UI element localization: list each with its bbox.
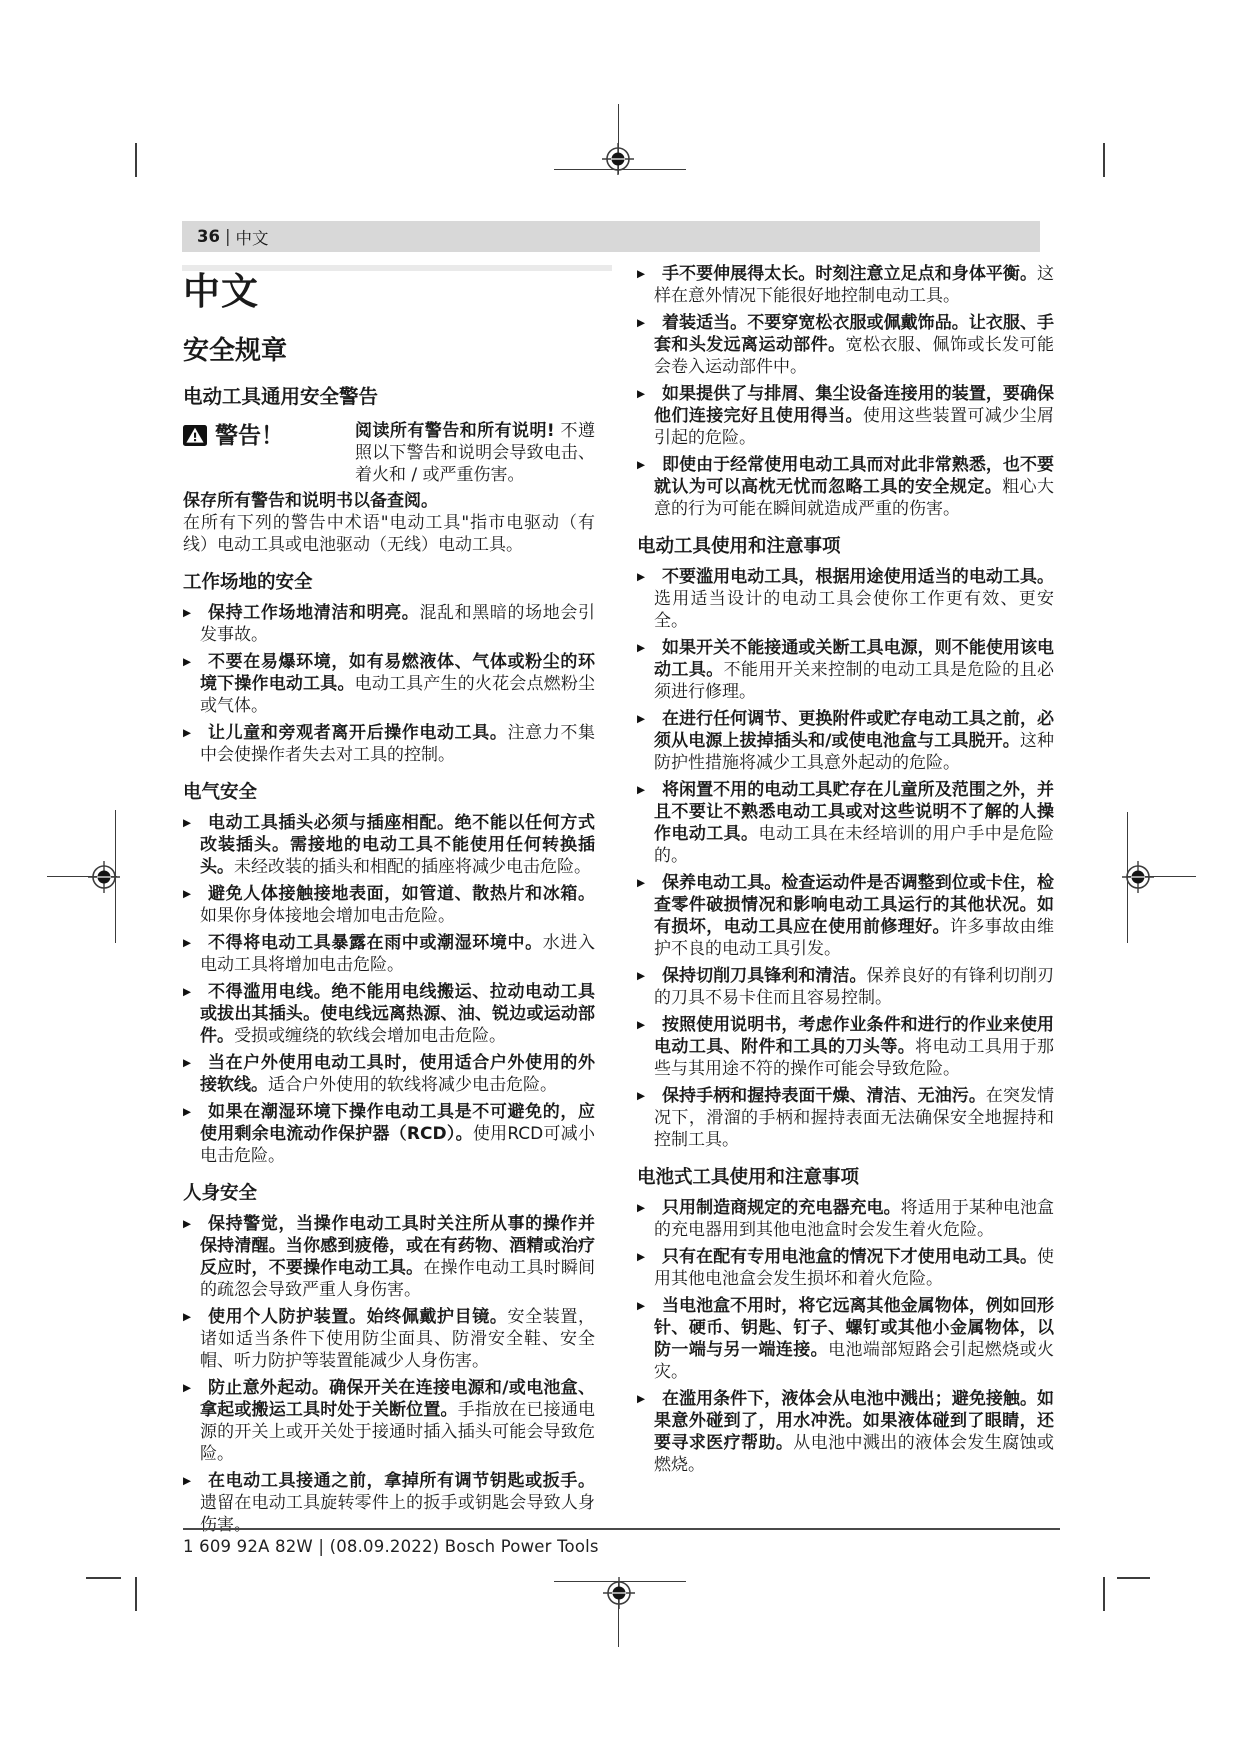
header-language-label: 中文 (236, 225, 269, 249)
safety-bullet-item: ▶手不要伸展得太长。时刻注意立足点和身体平衡。这样在意外情况下能很好地控制电动工… (637, 263, 1054, 307)
safety-chapter-title: 安全规章 (183, 336, 595, 366)
bullet-triangle-icon: ▶ (183, 602, 191, 624)
safety-bullet-item: ▶当电池盒不用时，将它远离其他金属物体，例如回形针、硬币、钥匙、钉子、螺钉或其他… (637, 1295, 1054, 1383)
bullet-triangle-icon: ▶ (183, 1377, 191, 1399)
bullet-lead-text: 在电动工具接通之前，拿掉所有调节钥匙或扳手。 (208, 1471, 595, 1491)
bullet-triangle-icon: ▶ (637, 1014, 645, 1036)
safety-bullet-item: ▶防止意外起动。确保开关在连接电源和/或电池盒、拿起或搬运工具时处于关断位置。手… (183, 1377, 595, 1465)
bullet-list: ▶保持工作场地清洁和明亮。混乱和黑暗的场地会引发事故。▶不要在易爆环境，如有易燃… (183, 602, 595, 766)
bullet-list: ▶不要滥用电动工具，根据用途使用适当的电动工具。选用适当设计的电动工具会使你工作… (637, 566, 1054, 1151)
bullet-triangle-icon: ▶ (183, 1306, 191, 1328)
registration-mark-icon (600, 141, 636, 177)
safety-bullet-item: ▶使用个人防护装置。始终佩戴护目镜。安全装置，诸如适当条件下使用防尘面具、防滑安… (183, 1306, 595, 1372)
safety-bullet-item: ▶如果在潮湿环境下操作电动工具是不可避免的，应使用剩余电流动作保护器（RCD）。… (183, 1101, 595, 1167)
section-heading: 工作场地的安全 (183, 571, 595, 594)
safety-bullet-item: ▶电动工具插头必须与插座相配。绝不能以任何方式改装插头。需接地的电动工具不能使用… (183, 812, 595, 878)
bullet-triangle-icon: ▶ (637, 637, 645, 659)
keep-instructions-line: 保存所有警告和说明书以备查阅。 (183, 490, 595, 512)
safety-bullet-item: ▶在进行任何调节、更换附件或贮存电动工具之前，必须从电源上拔掉插头和/或使电池盒… (637, 708, 1054, 774)
header-separator: | (225, 227, 231, 246)
safety-bullet-item: ▶只用制造商规定的充电器充电。将适用于某种电池盒的充电器用到其他电池盒时会发生着… (637, 1197, 1054, 1241)
registration-mark-icon (601, 1575, 637, 1611)
page-title: 中文 (183, 272, 595, 312)
crop-mark-top-right-icon (1103, 143, 1105, 177)
safety-bullet-item: ▶不要滥用电动工具，根据用途使用适当的电动工具。选用适当设计的电动工具会使你工作… (637, 566, 1054, 632)
safety-bullet-item: ▶保持工作场地清洁和明亮。混乱和黑暗的场地会引发事故。 (183, 602, 595, 646)
bullet-triangle-icon: ▶ (637, 708, 645, 730)
warning-label: 警告！ (183, 420, 355, 466)
bullet-list: ▶手不要伸展得太长。时刻注意立足点和身体平衡。这样在意外情况下能很好地控制电动工… (637, 263, 1054, 520)
bullet-triangle-icon: ▶ (183, 1052, 191, 1074)
bullet-lead-text: 只有在配有专用电池盒的情况下才使用电动工具。 (662, 1247, 1037, 1267)
safety-bullet-item: ▶避免人体接触接地表面，如管道、散热片和冰箱。如果你身体接地会增加电击危险。 (183, 883, 595, 927)
safety-bullet-item: ▶保养电动工具。检查运动件是否调整到位或卡住，检查零件破损情况和影响电动工具运行… (637, 872, 1054, 960)
warning-block: 警告！ 阅读所有警告和所有说明! 不遵照以下警告和说明会导致电击、着火和 / 或… (183, 420, 595, 486)
right-sections-container: ▶手不要伸展得太长。时刻注意立足点和身体平衡。这样在意外情况下能很好地控制电动工… (637, 263, 1054, 1476)
bullet-list: ▶电动工具插头必须与插座相配。绝不能以任何方式改装插头。需接地的电动工具不能使用… (183, 812, 595, 1167)
bullet-lead-text: 使用个人防护装置。始终佩戴护目镜。 (208, 1307, 508, 1327)
bullet-triangle-icon: ▶ (183, 722, 191, 744)
footer-rule (183, 1528, 1060, 1530)
crop-dash-bottom-left-icon (86, 1577, 121, 1579)
manual-page: 36 | 中文 中文 安全规章 电动工具通用安全警告 警告！ 阅读所有警告和所有… (0, 0, 1241, 1754)
bullet-triangle-icon: ▶ (637, 383, 645, 405)
bullet-triangle-icon: ▶ (183, 812, 191, 834)
safety-bullet-item: ▶不得滥用电线。绝不能用电线搬运、拉动电动工具或拔出其插头。使电线远离热源、油、… (183, 981, 595, 1047)
section-heading: 人身安全 (183, 1182, 595, 1205)
safety-bullet-item: ▶保持警觉，当操作电动工具时关注所从事的操作并保持清醒。当你感到疲倦，或在有药物… (183, 1213, 595, 1301)
safety-bullet-item: ▶在滥用条件下，液体会从电池中溅出；避免接触。如果意外碰到了，用水冲洗。如果液体… (637, 1388, 1054, 1476)
left-column: 中文 安全规章 电动工具通用安全警告 警告！ 阅读所有警告和所有说明! 不遵照以… (183, 272, 595, 1541)
bullet-triangle-icon: ▶ (637, 872, 645, 894)
bullet-detail-text: 如果你身体接地会增加电击危险。 (200, 906, 455, 926)
bullet-list: ▶保持警觉，当操作电动工具时关注所从事的操作并保持清醒。当你感到疲倦，或在有药物… (183, 1213, 595, 1536)
bullet-lead-text: 不要滥用电动工具，根据用途使用适当的电动工具。 (662, 567, 1054, 587)
crop-mark-top-left-icon (135, 143, 137, 177)
bullet-detail-text: 未经改装的插头和相配的插座将减少电击危险。 (234, 857, 591, 877)
bullet-lead-text: 保持工作场地清洁和明亮。 (208, 603, 419, 623)
bullet-triangle-icon: ▶ (637, 779, 645, 801)
bullet-triangle-icon: ▶ (637, 1085, 645, 1107)
section-heading: 电动工具使用和注意事项 (637, 535, 1054, 558)
page-number: 36 (197, 227, 220, 246)
bullet-triangle-icon: ▶ (637, 1388, 645, 1410)
safety-bullet-item: ▶如果提供了与排屑、集尘设备连接用的装置，要确保他们连接完好且使用得当。使用这些… (637, 383, 1054, 449)
bullet-lead-text: 让儿童和旁观者离开后操作电动工具。 (208, 723, 508, 743)
bullet-triangle-icon: ▶ (183, 883, 191, 905)
safety-bullet-item: ▶即使由于经常使用电动工具而对此非常熟悉，也不要就认为可以高枕无忧而忽略工具的安… (637, 454, 1054, 520)
bullet-detail-text: 选用适当设计的电动工具会使你工作更有效、更安全。 (654, 589, 1054, 631)
registration-mark-icon (1120, 859, 1156, 895)
safety-bullet-item: ▶让儿童和旁观者离开后操作电动工具。注意力不集中会使操作者失去对工具的控制。 (183, 722, 595, 766)
safety-bullet-item: ▶将闲置不用的电动工具贮存在儿童所及范围之外，并且不要让不熟悉电动工具或对这些说… (637, 779, 1054, 867)
safety-bullet-item: ▶保持切削刀具锋利和清洁。保养良好的有锋利切削刃的刀具不易卡住而且容易控制。 (637, 965, 1054, 1009)
safety-bullet-item: ▶在电动工具接通之前，拿掉所有调节钥匙或扳手。遗留在电动工具旋转零件上的扳手或钥… (183, 1470, 595, 1536)
bullet-list: ▶只用制造商规定的充电器充电。将适用于某种电池盒的充电器用到其他电池盒时会发生着… (637, 1197, 1054, 1476)
warning-triangle-icon (183, 425, 207, 446)
safety-bullet-item: ▶只有在配有专用电池盒的情况下才使用电动工具。使用其他电池盒会发生损坏和着火危险… (637, 1246, 1054, 1290)
left-sections-container: 工作场地的安全▶保持工作场地清洁和明亮。混乱和黑暗的场地会引发事故。▶不要在易爆… (183, 571, 595, 1536)
bullet-lead-text: 避免人体接触接地表面，如管道、散热片和冰箱。 (208, 884, 595, 904)
safety-bullet-item: ▶保持手柄和握持表面干燥、清洁、无油污。在突发情况下，滑溜的手柄和握持表面无法确… (637, 1085, 1054, 1151)
bullet-lead-text: 保持切削刀具锋利和清洁。 (662, 966, 867, 986)
bullet-triangle-icon: ▶ (183, 1101, 191, 1123)
bullet-triangle-icon: ▶ (637, 1197, 645, 1219)
right-column: ▶手不要伸展得太长。时刻注意立足点和身体平衡。这样在意外情况下能很好地控制电动工… (637, 263, 1054, 1481)
bullet-triangle-icon: ▶ (183, 981, 191, 1003)
safety-bullet-item: ▶着装适当。不要穿宽松衣服或佩戴饰品。让衣服、手套和头发远离运动部件。宽松衣服、… (637, 312, 1054, 378)
bullet-lead-text: 手不要伸展得太长。时刻注意立足点和身体平衡。 (662, 264, 1037, 284)
bullet-lead-text: 只用制造商规定的充电器充电。 (662, 1198, 901, 1218)
bullet-triangle-icon: ▶ (637, 312, 645, 334)
safety-bullet-item: ▶如果开关不能接通或关断工具电源，则不能使用该电动工具。不能用开关来控制的电动工… (637, 637, 1054, 703)
bullet-detail-text: 受损或缠绕的软线会增加电击危险。 (234, 1026, 506, 1046)
safety-bullet-item: ▶按照使用说明书，考虑作业条件和进行的作业来使用电动工具、附件和工具的刀头等。将… (637, 1014, 1054, 1080)
bullet-triangle-icon: ▶ (637, 454, 645, 476)
crop-mark-bottom-right-icon (1103, 1577, 1105, 1611)
bullet-triangle-icon: ▶ (637, 1246, 645, 1268)
bullet-lead-text: 保持手柄和握持表面干燥、清洁、无油污。 (662, 1086, 986, 1106)
bullet-triangle-icon: ▶ (637, 566, 645, 588)
general-warnings-title: 电动工具通用安全警告 (183, 385, 595, 408)
warning-lead-text: 阅读所有警告和所有说明! (355, 421, 555, 441)
crop-dash-bottom-right-icon (1117, 1577, 1150, 1579)
safety-bullet-item: ▶不要在易爆环境，如有易燃液体、气体或粉尘的环境下操作电动工具。电动工具产生的火… (183, 651, 595, 717)
bullet-triangle-icon: ▶ (183, 1470, 191, 1492)
bullet-triangle-icon: ▶ (637, 965, 645, 987)
bullet-lead-text: 在进行任何调节、更换附件或贮存电动工具之前，必须从电源上拔掉插头和/或使电池盒与… (654, 709, 1054, 751)
bullet-lead-text: 即使由于经常使用电动工具而对此非常熟悉，也不要就认为可以高枕无忧而忽略工具的安全… (654, 455, 1054, 497)
registration-mark-icon (86, 859, 122, 895)
warning-word: 警告！ (215, 423, 284, 449)
section-heading: 电气安全 (183, 781, 595, 804)
section-heading: 电池式工具使用和注意事项 (637, 1166, 1054, 1189)
bullet-triangle-icon: ▶ (637, 1295, 645, 1317)
bullet-triangle-icon: ▶ (183, 1213, 191, 1235)
warning-text: 阅读所有警告和所有说明! 不遵照以下警告和说明会导致电击、着火和 / 或严重伤害… (355, 421, 595, 485)
bullet-triangle-icon: ▶ (637, 263, 645, 285)
crop-mark-bottom-left-icon (135, 1577, 137, 1611)
bullet-detail-text: 适合户外使用的软线将减少电击危险。 (268, 1075, 557, 1095)
preamble-text: 在所有下列的警告中术语"电动工具"指市电驱动（有线）电动工具或电池驱动（无线）电… (183, 512, 595, 556)
bullet-triangle-icon: ▶ (183, 651, 191, 673)
safety-bullet-item: ▶当在户外使用电动工具时，使用适合户外使用的外接软线。适合户外使用的软线将减少电… (183, 1052, 595, 1096)
safety-bullet-item: ▶不得将电动工具暴露在雨中或潮湿环境中。水进入电动工具将增加电击危险。 (183, 932, 595, 976)
bullet-triangle-icon: ▶ (183, 932, 191, 954)
page-header-bar: 36 | 中文 (182, 221, 1040, 252)
bullet-lead-text: 不得将电动工具暴露在雨中或潮湿环境中。 (208, 933, 543, 953)
footer-imprint: 1 609 92A 82W | (08.09.2022) Bosch Power… (183, 1537, 599, 1556)
